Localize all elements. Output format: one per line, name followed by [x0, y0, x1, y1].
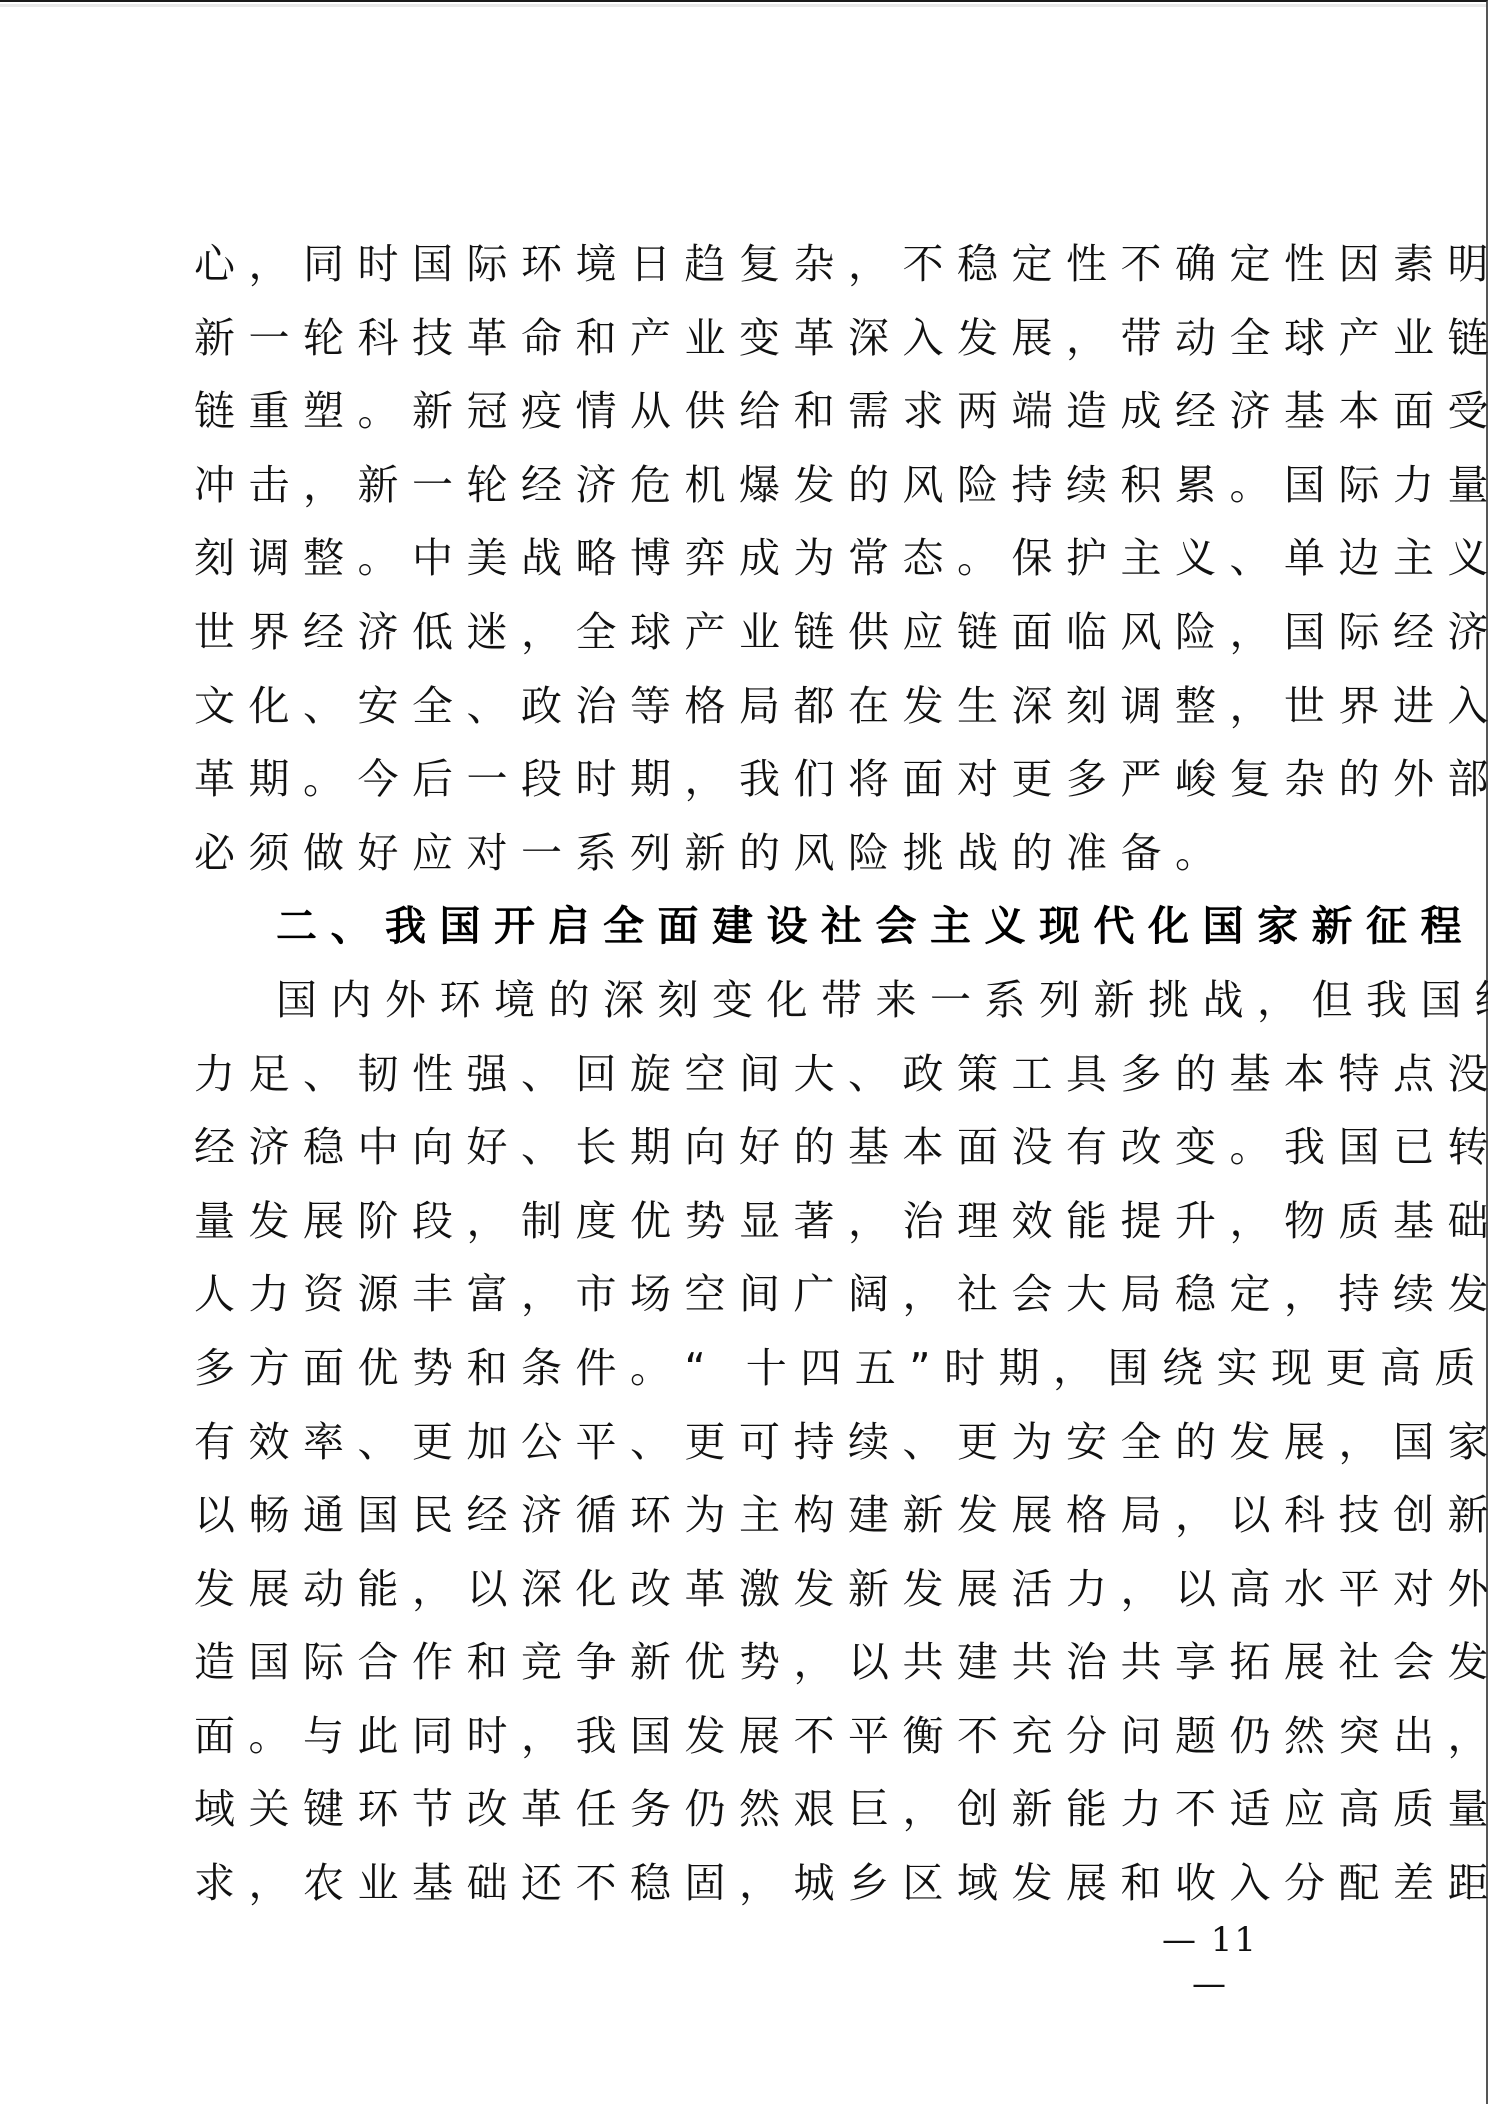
paragraph-line: 发展动能，以深化改革激发新发展活力，以高水平对外开放打 — [194, 1553, 1298, 1627]
paragraph-line: 经济稳中向好、长期向好的基本面没有改变。我国已转向高质 — [194, 1111, 1298, 1185]
paragraph-line: 人力资源丰富，市场空间广阔，社会大局稳定，持续发展具有 — [194, 1258, 1298, 1332]
body-line: 必须做好应对一系列新的风险挑战的准备。 — [194, 817, 1298, 891]
paragraph-line: 求，农业基础还不稳固，城乡区域发展和收入分配差距较大， — [194, 1847, 1298, 1921]
paragraph-line: 量发展阶段，制度优势显著，治理效能提升，物质基础雄厚， — [194, 1185, 1298, 1259]
paragraph-line: 域关键环节改革任务仍然艰巨，创新能力不适应高质量发展要 — [194, 1773, 1298, 1847]
body-line: 革期。今后一段时期，我们将面对更多严峻复杂的外部环境， — [194, 743, 1298, 817]
body-line: 链重塑。新冠疫情从供给和需求两端造成经济基本面受到严重 — [194, 375, 1298, 449]
page-top-edge — [0, 4, 1486, 7]
paragraph-line: 多方面优势和条件。“ 十四五”时期，围绕实现更高质量、更 — [194, 1332, 1298, 1406]
document-page: 心，同时国际环境日趋复杂，不稳定性不确定性因素明显增加。 新一轮科技革命和产业变… — [0, 0, 1488, 2104]
document-body: 心，同时国际环境日趋复杂，不稳定性不确定性因素明显增加。 新一轮科技革命和产业变… — [194, 228, 1298, 1921]
body-line: 心，同时国际环境日趋复杂，不稳定性不确定性因素明显增加。 — [194, 228, 1298, 302]
body-line: 冲击，新一轮经济危机爆发的风险持续积累。国际力量对比深 — [194, 449, 1298, 523]
section-heading: 二、我国开启全面建设社会主义现代化国家新征程 — [194, 890, 1298, 964]
page-number: — 11 — — [1140, 1918, 1280, 2006]
body-line: 刻调整。中美战略博弈成为常态。保护主义、单边主义上升， — [194, 522, 1298, 596]
paragraph-line: 国内外环境的深刻变化带来一系列新挑战，但我国经济潜 — [194, 964, 1298, 1038]
body-line: 世界经济低迷，全球产业链供应链面临风险，国际经济、科技、 — [194, 596, 1298, 670]
body-line: 新一轮科技革命和产业变革深入发展，带动全球产业链和价值 — [194, 302, 1298, 376]
paragraph-line: 以畅通国民经济循环为主构建新发展格局，以科技创新催生新 — [194, 1479, 1298, 1553]
paragraph-line: 面。与此同时，我国发展不平衡不充分问题仍然突出，重点领 — [194, 1700, 1298, 1774]
body-line: 文化、安全、政治等格局都在发生深刻调整，世界进入动荡变 — [194, 670, 1298, 744]
paragraph-line: 力足、韧性强、回旋空间大、政策工具多的基本特点没有改变， — [194, 1038, 1298, 1112]
paragraph-line: 有效率、更加公平、更可持续、更为安全的发展，国家将着力 — [194, 1406, 1298, 1480]
paragraph-line: 造国际合作和竞争新优势，以共建共治共享拓展社会发展新局 — [194, 1626, 1298, 1700]
